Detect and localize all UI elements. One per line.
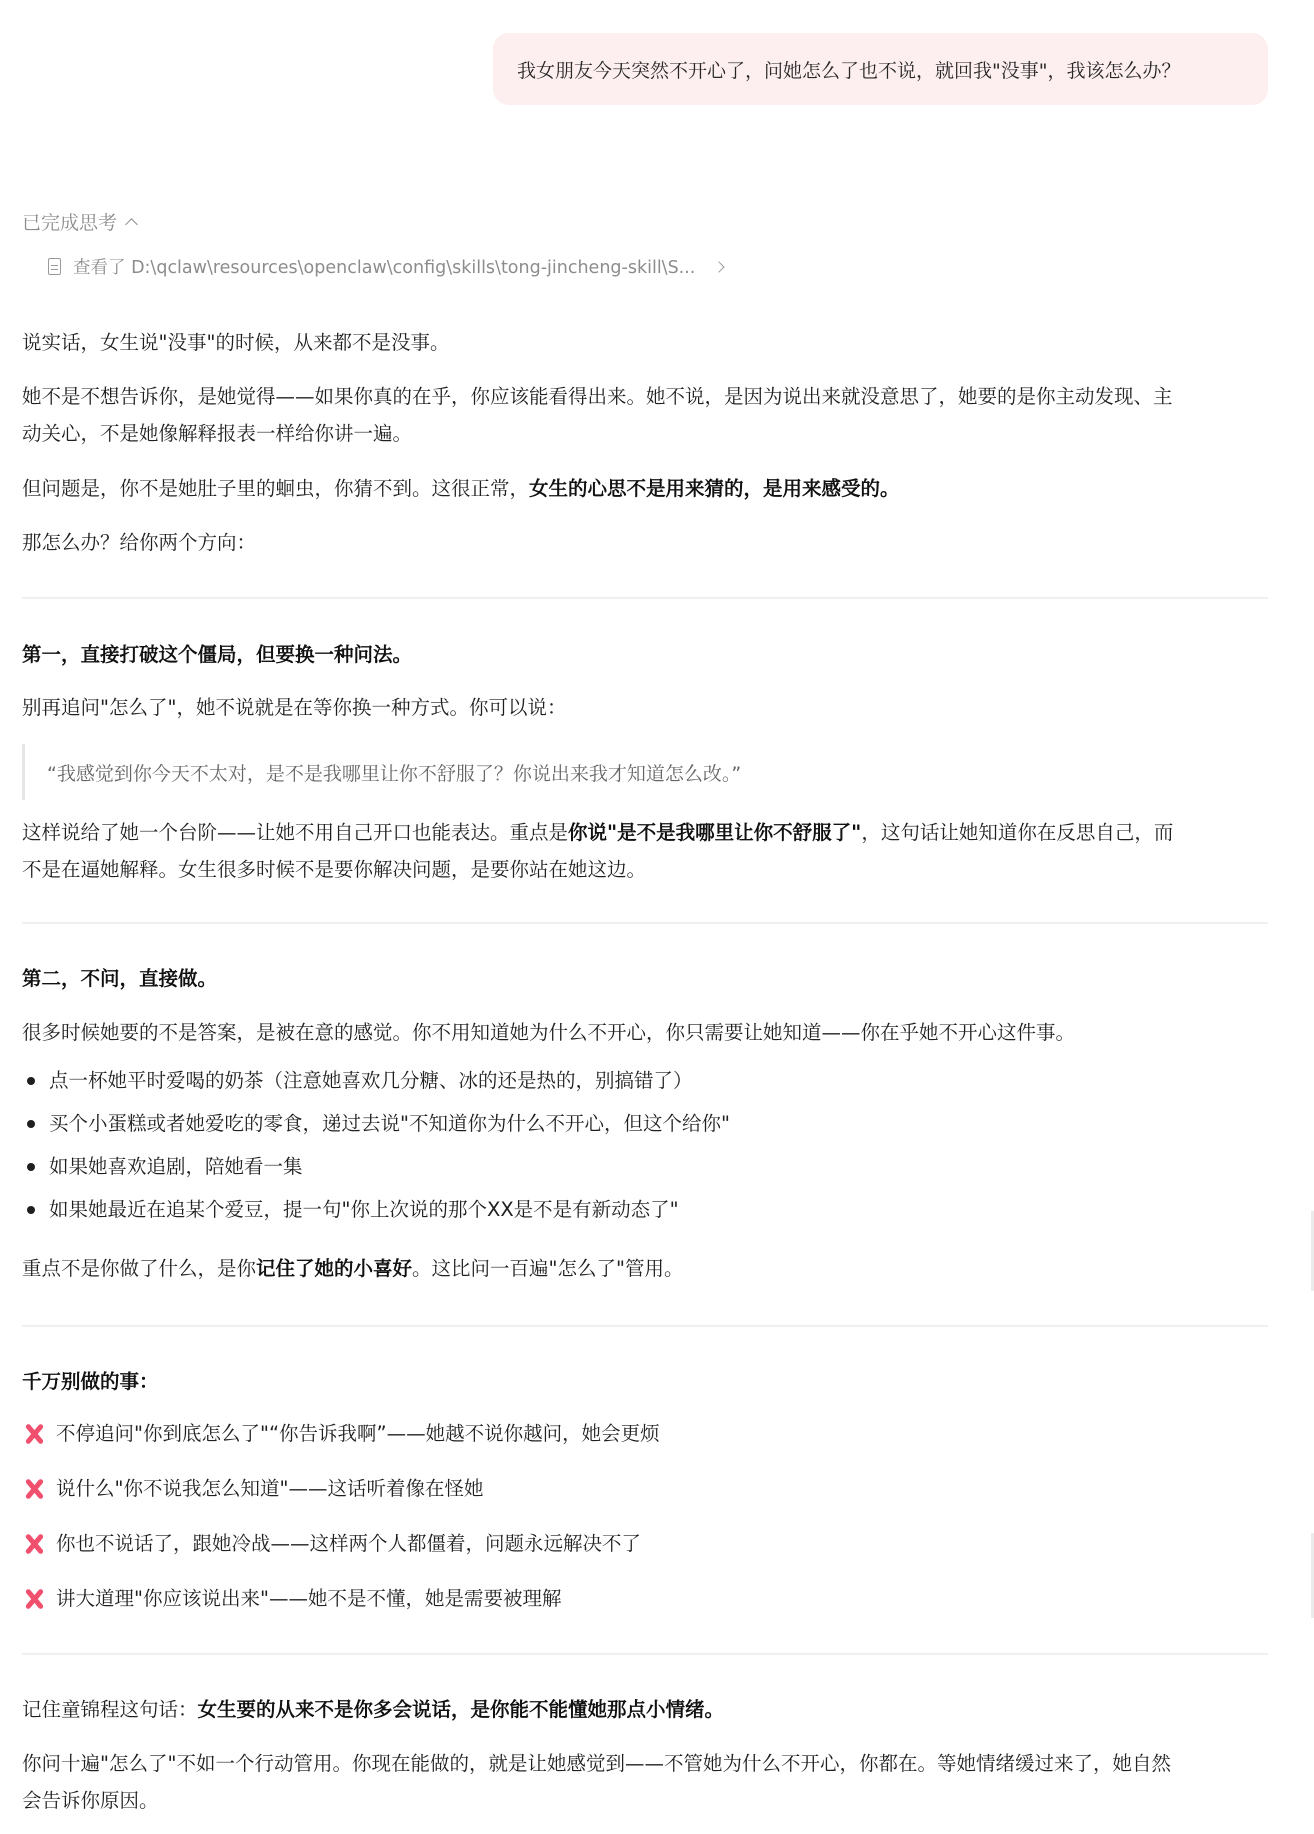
quote-text: “我感觉到你今天不太对，是不是我哪里让你不舒服了？你说出来我才知道怎么改。” bbox=[47, 759, 741, 786]
chevron-up-icon bbox=[125, 218, 138, 231]
cross-mark-icon bbox=[22, 1532, 46, 1556]
bullet-icon bbox=[27, 1120, 35, 1128]
text: 记住童锦程这句话： bbox=[22, 1698, 198, 1721]
line: 她不是不想告诉你，是她觉得——如果你真的在乎，你应该能看得出来。她不说，是因为说… bbox=[22, 385, 1173, 408]
cross-mark-icon bbox=[22, 1587, 46, 1611]
section2-summary: 重点不是你做了什么，是你记住了她的小喜好。这比问一百遍"怎么了"管用。 bbox=[22, 1250, 1268, 1287]
section1-heading: 第一，直接打破这个僵局，但要换一种问法。 bbox=[22, 636, 1268, 673]
text: 会告诉你原因。 bbox=[22, 1789, 159, 1812]
intro-paragraph-2: 她不是不想告诉你，是她觉得——如果你真的在乎，你应该能看得出来。她不说，是因为说… bbox=[22, 378, 1268, 452]
list-item-text: 买个小蛋糕或者她爱吃的零食，递过去说"不知道你为什么不开心，但这个给你" bbox=[49, 1109, 730, 1139]
heading-text: 第二，不问，直接做。 bbox=[22, 967, 217, 990]
dont-item-text: 说什么"你不说我怎么知道"——这话听着像在怪她 bbox=[56, 1474, 483, 1504]
user-message-bubble: 我女朋友今天突然不开心了，问她怎么了也不说，就回我"没事"，我该怎么办？ bbox=[493, 33, 1268, 105]
text: ，这句话让她知道你在反思自己，而 bbox=[861, 821, 1173, 844]
closing-paragraph-1: 记住童锦程这句话：女生要的从来不是你多会说话，是你能不能懂她那点小情绪。 bbox=[22, 1691, 1268, 1728]
thinking-toggle[interactable]: 已完成思考 bbox=[22, 208, 136, 235]
cross-mark-icon bbox=[22, 1422, 46, 1446]
cross-mark-icon bbox=[22, 1477, 46, 1501]
emphasis: 女生的心思不是用来猜的，是用来感受的。 bbox=[529, 477, 900, 500]
emphasis: 记住了她的小喜好 bbox=[256, 1257, 412, 1280]
section1-lead: 别再追问"怎么了"，她不说就是在等你换一种方式。你可以说： bbox=[22, 689, 1268, 726]
divider bbox=[22, 597, 1268, 599]
section2-heading: 第二，不问，直接做。 bbox=[22, 960, 1268, 997]
intro-paragraph-1: 说实话，女生说"没事"的时候，从来都不是没事。 bbox=[22, 324, 1268, 361]
thinking-label: 已完成思考 bbox=[22, 208, 117, 235]
dont-item-text: 你也不说话了，跟她冷战——这样两个人都僵着，问题永远解决不了 bbox=[56, 1529, 641, 1559]
bullet-icon bbox=[27, 1206, 35, 1214]
divider bbox=[22, 922, 1268, 924]
list-item-text: 如果她喜欢追剧，陪她看一集 bbox=[49, 1152, 303, 1182]
dont-item: 你也不说话了，跟她冷战——这样两个人都僵着，问题永远解决不了 bbox=[22, 1529, 641, 1559]
list-item: 点一杯她平时爱喝的奶茶（注意她喜欢几分糖、冰的还是热的，别搞错了） bbox=[22, 1066, 693, 1096]
intro-paragraph-4: 那怎么办？给你两个方向： bbox=[22, 524, 1268, 561]
section2-lead: 很多时候她要的不是答案，是被在意的感觉。你不用知道她为什么不开心，你只需要让她知… bbox=[22, 1014, 1268, 1051]
text: 你问十遍"怎么了"不如一个行动管用。你现在能做的，就是让她感觉到——不管她为什么… bbox=[22, 1752, 1171, 1775]
text: 这样说给了她一个台阶——让她不用自己开口也能表达。重点是 bbox=[22, 821, 568, 844]
closing-paragraph-2: 你问十遍"怎么了"不如一个行动管用。你现在能做的，就是让她感觉到——不管她为什么… bbox=[22, 1745, 1268, 1819]
list-item: 买个小蛋糕或者她爱吃的零食，递过去说"不知道你为什么不开心，但这个给你" bbox=[22, 1109, 730, 1139]
text: 。这比问一百遍"怎么了"管用。 bbox=[412, 1257, 683, 1280]
file-view-step[interactable]: 查看了 D:\qclaw\resources\openclaw\config\s… bbox=[48, 254, 723, 279]
emphasis: 你说"是不是我哪里让你不舒服了" bbox=[568, 821, 861, 844]
bullet-icon bbox=[27, 1163, 35, 1171]
donts-heading: 千万别做的事： bbox=[22, 1363, 1268, 1400]
line: 动关心，不是她像解释报表一样给你讲一遍。 bbox=[22, 422, 412, 445]
blockquote: “我感觉到你今天不太对，是不是我哪里让你不舒服了？你说出来我才知道怎么改。” bbox=[22, 744, 1268, 800]
dont-item: 不停追问"你到底怎么了"“你告诉我啊”——她越不说你越问，她会更烦 bbox=[22, 1419, 660, 1449]
text: 但问题是，你不是她肚子里的蛔虫，你猜不到。这很正常， bbox=[22, 477, 529, 500]
chevron-right-icon bbox=[714, 261, 725, 272]
list-item: 如果她最近在追某个爱豆，提一句"你上次说的那个XX是不是有新动态了" bbox=[22, 1195, 679, 1225]
section1-paragraph: 这样说给了她一个台阶——让她不用自己开口也能表达。重点是你说"是不是我哪里让你不… bbox=[22, 814, 1268, 888]
dont-item: 讲大道理"你应该说出来"——她不是不懂，她是需要被理解 bbox=[22, 1584, 561, 1614]
dont-item: 说什么"你不说我怎么知道"——这话听着像在怪她 bbox=[22, 1474, 483, 1504]
intro-paragraph-3: 但问题是，你不是她肚子里的蛔虫，你猜不到。这很正常，女生的心思不是用来猜的，是用… bbox=[22, 470, 1268, 507]
list-item-text: 如果她最近在追某个爱豆，提一句"你上次说的那个XX是不是有新动态了" bbox=[49, 1195, 679, 1225]
emphasis: 女生要的从来不是你多会说话，是你能不能懂她那点小情绪。 bbox=[198, 1698, 725, 1721]
heading-text: 第一，直接打破这个僵局，但要换一种问法。 bbox=[22, 643, 412, 666]
list-item: 如果她喜欢追剧，陪她看一集 bbox=[22, 1152, 303, 1182]
dont-item-text: 讲大道理"你应该说出来"——她不是不懂，她是需要被理解 bbox=[56, 1584, 561, 1614]
list-item-text: 点一杯她平时爱喝的奶茶（注意她喜欢几分糖、冰的还是热的，别搞错了） bbox=[49, 1066, 693, 1096]
heading-text: 千万别做的事： bbox=[22, 1370, 159, 1393]
text: 不是在逼她解释。女生很多时候不是要你解决问题，是要你站在她这边。 bbox=[22, 858, 646, 881]
file-icon bbox=[48, 258, 61, 275]
file-view-text: 查看了 D:\qclaw\resources\openclaw\config\s… bbox=[73, 254, 695, 279]
text: 重点不是你做了什么，是你 bbox=[22, 1257, 256, 1280]
dont-item-text: 不停追问"你到底怎么了"“你告诉我啊”——她越不说你越问，她会更烦 bbox=[56, 1419, 660, 1449]
bullet-icon bbox=[27, 1077, 35, 1085]
divider bbox=[22, 1325, 1268, 1327]
user-message-text: 我女朋友今天突然不开心了，问她怎么了也不说，就回我"没事"，我该怎么办？ bbox=[517, 56, 1180, 83]
divider bbox=[22, 1653, 1268, 1655]
